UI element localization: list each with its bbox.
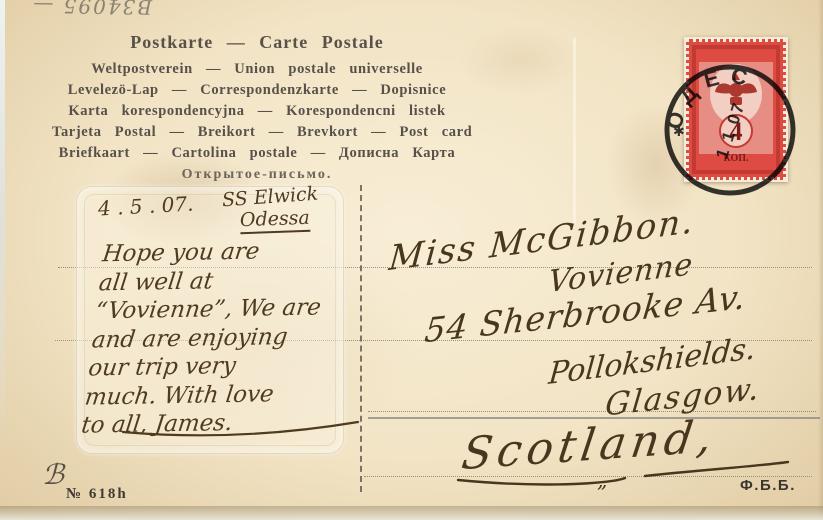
scan-edge-left [0,0,5,450]
scan-edge-right [818,0,823,520]
header-line-4: Tarjeta Postal — Breikort — Brevkort — P… [52,122,462,143]
header-line-1: Weltpostverein — Union postale universel… [52,59,462,80]
printed-header: Postkarte — Carte Postale Weltpostverein… [52,32,462,185]
signature-flourish [118,416,368,441]
paper-crease [573,38,576,223]
postmark-date: 1 1 07 [712,99,748,161]
pencil-inventory-number: B34095 — [2,0,152,19]
ditto-mark: „ [597,468,607,492]
scan-edge-bottom [0,506,823,520]
header-title: Postkarte — Carte Postale [52,32,462,53]
message-date: 4 . 5 . 07. [97,192,194,221]
postmark: ОДЕС ✱ 1 1 07 [650,50,810,210]
message-place: Odessa [240,207,311,234]
publisher-initials: Ф.Б.Б. [740,477,796,494]
postcard-scan: B34095 — Postkarte — Carte Postale Weltp… [0,0,823,520]
header-line-5: Briefkaart — Cartolina postale — Дописна… [52,143,462,164]
publisher-monogram: ℬ [42,458,64,491]
header-line-cyrillic: Открытое-письмо. [52,164,462,185]
postmark-artwork: ОДЕС ✱ 1 1 07 [650,50,810,210]
postmark-star: ✱ [673,125,685,140]
header-line-3: Karta korespondencyjna — Korespondencni … [52,101,462,122]
header-line-2: Levelezö-Lap — Correspondenzkarte — Dopi… [52,80,462,101]
card-series-number: № 618h [66,486,128,503]
address-rule-3 [368,411,816,412]
message-body: Hope you are all well at “Vovienne”, We … [80,235,385,440]
